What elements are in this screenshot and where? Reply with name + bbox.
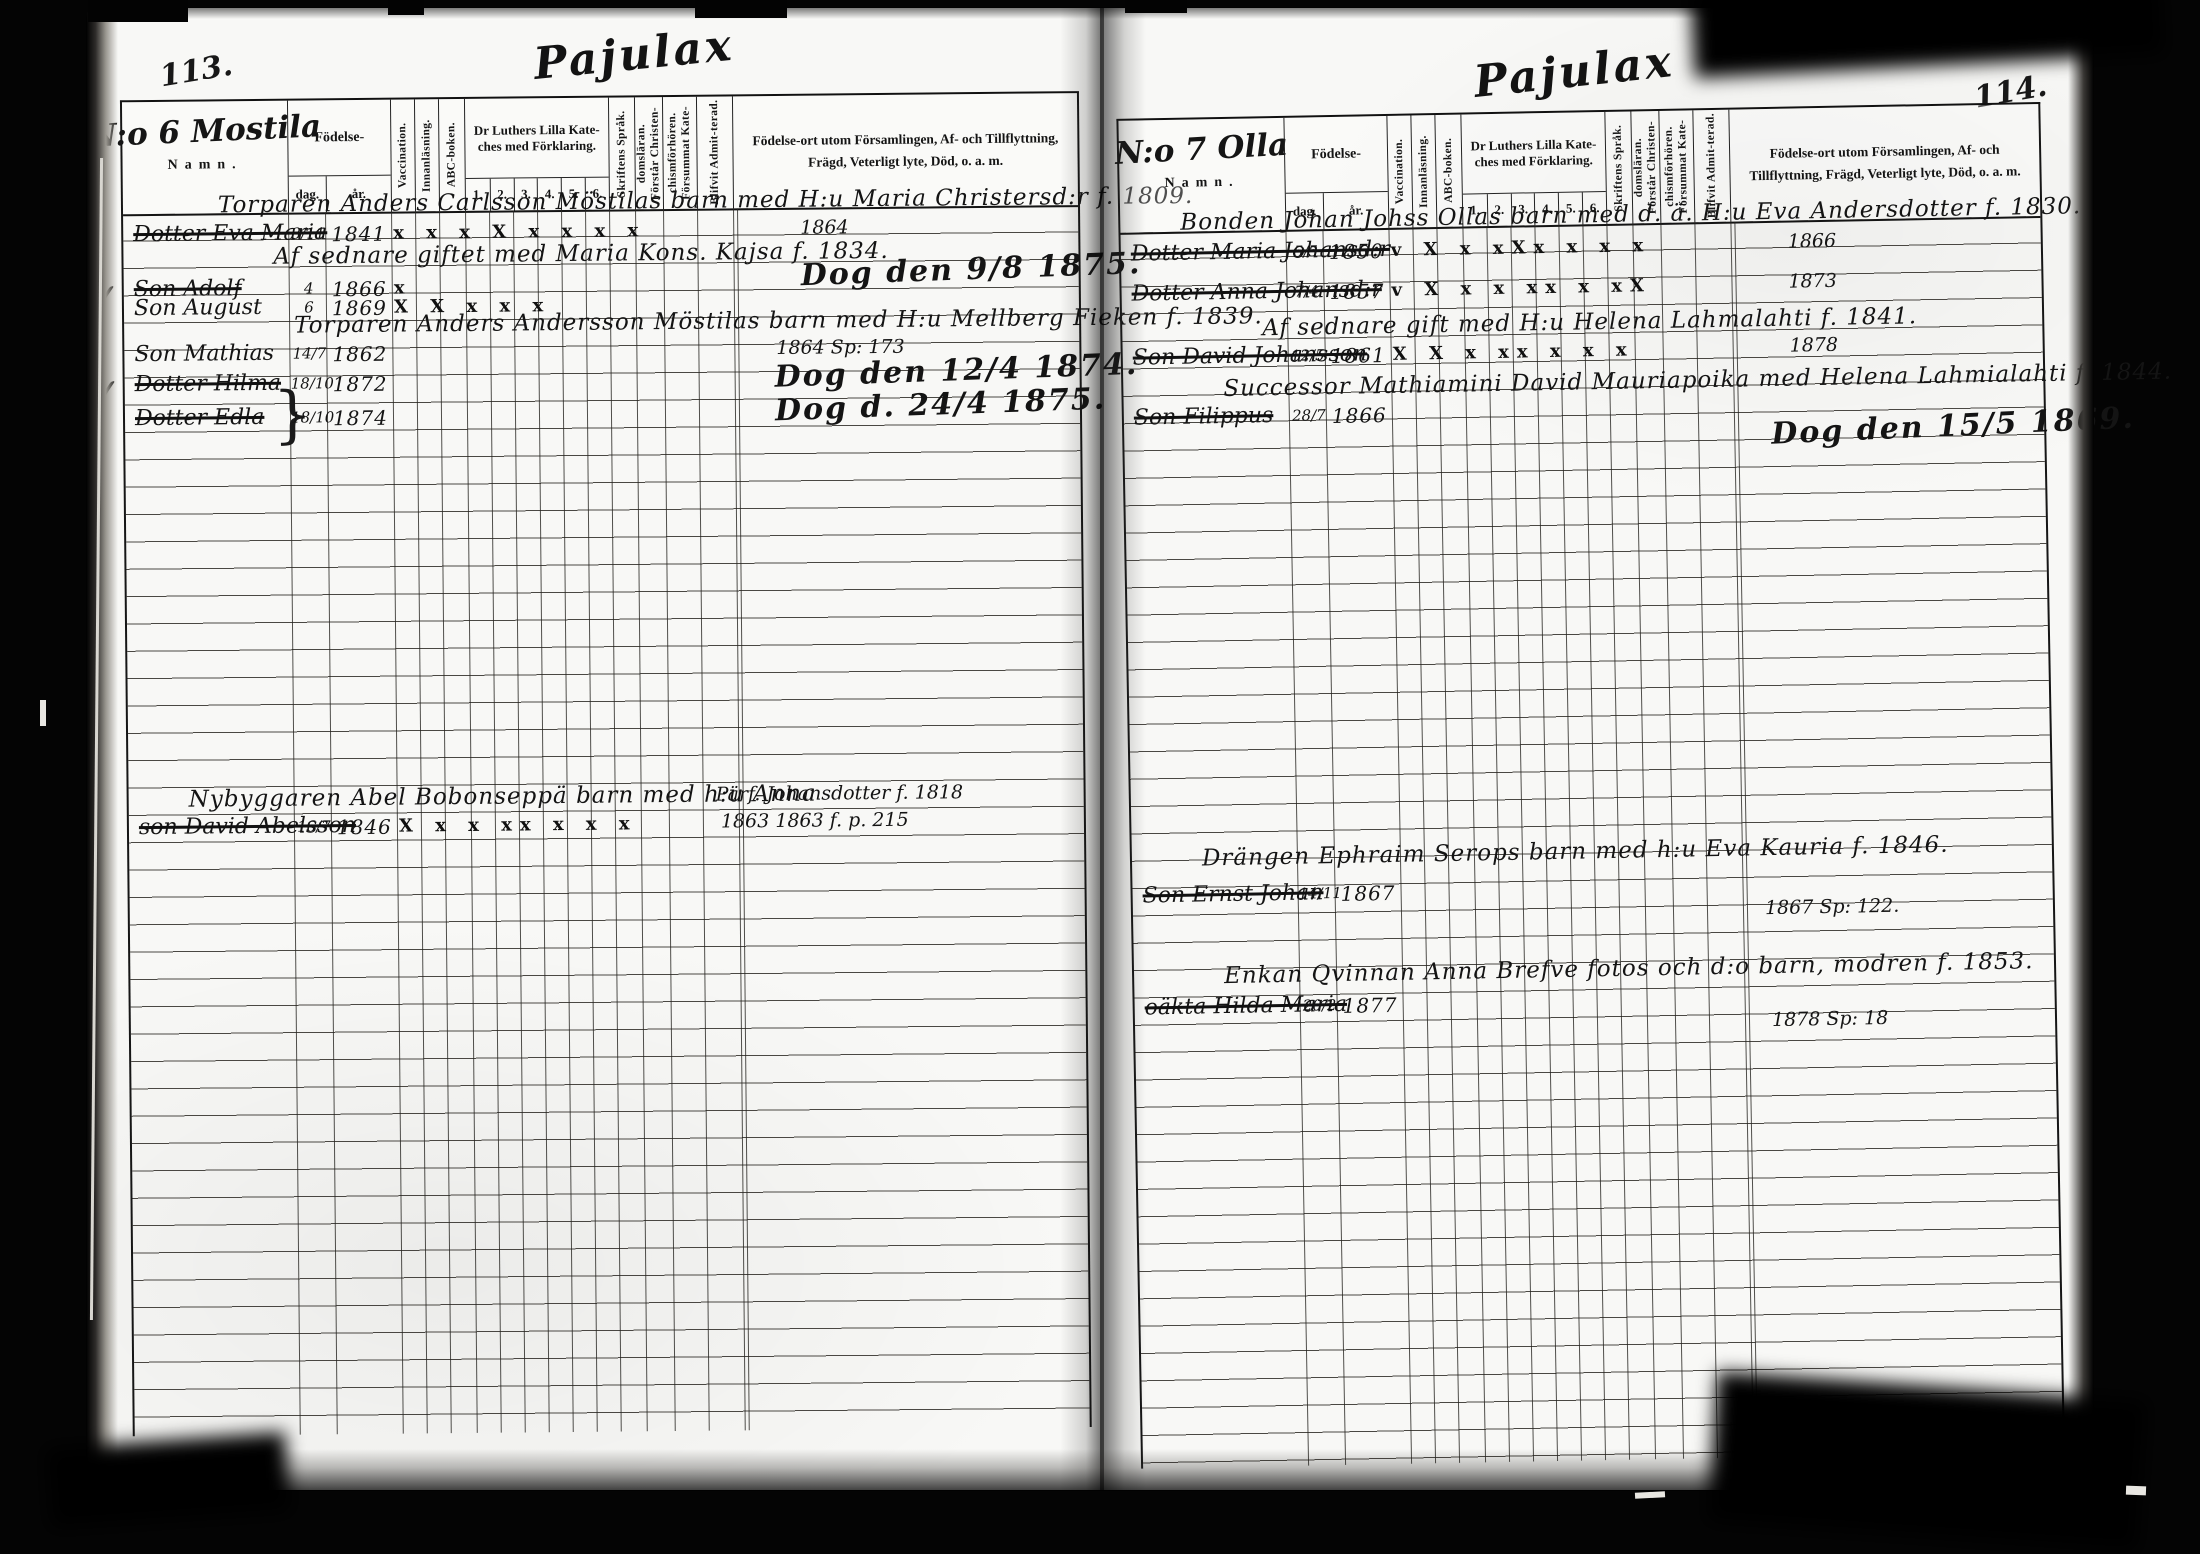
scan-artifact <box>695 0 787 18</box>
remarks-label: Födelse-ort utom Församlingen, Af- och T… <box>1730 138 2040 188</box>
page-right: 114. Pajulax N:o 7 Olla Namn. Födelse- d… <box>75 0 2106 1518</box>
entry-birth-day: 12/5 <box>1289 346 1327 365</box>
entry-birth-day: 5/5 <box>1287 242 1325 261</box>
book-spread: 113. Pajulax N:o 6 Mostila Namn. Födelse… <box>88 8 2092 1490</box>
katekes-group-label: Dr Luthers Lilla Kate-ches med Förklarin… <box>1461 112 1605 194</box>
entry-household-line: Drängen Ephraim Serops barn med h:u Eva … <box>1202 832 1949 872</box>
entry-birth-day: 28/7 <box>1290 406 1328 425</box>
register-table-right: N:o 7 Olla Namn. Födelse- dag. år. Vacci… <box>1116 102 2065 1469</box>
entry-name: Son Ernst Johan <box>1142 880 1323 908</box>
entry-birth-year: 1877 <box>1342 993 1397 1018</box>
entry-birth-day: 14/11 <box>1298 884 1336 903</box>
scan-speck <box>40 700 46 726</box>
table-body: Bonden Johan Johss Ollas barn med d. ä. … <box>1120 216 2062 1469</box>
household-number: N:o 7 Olla <box>1114 127 1289 172</box>
scan-artifact <box>388 0 424 15</box>
entry-birth-year: 1867 <box>1340 880 1395 905</box>
entry-remark: 1873 <box>1788 270 1837 293</box>
entry-check-marks: v X x x xx x xX <box>1391 275 1652 301</box>
book-scan: 113. Pajulax N:o 6 Mostila Namn. Födelse… <box>0 0 2200 1554</box>
entry-remark: Dog den 15/5 1869. <box>1771 400 2136 451</box>
entry-remark: 1878 Sp: 18 <box>1772 1007 1889 1031</box>
skriftens-label: Skriftens Språk. <box>1611 124 1626 211</box>
entry-birth-day: 20/2 <box>1300 996 1338 1015</box>
abc-boken-label: ABC-boken. <box>1442 138 1457 203</box>
entry-household-line: Enkan Qvinnan Anna Brefve fotos och d:o … <box>1224 948 2034 989</box>
scan-speck <box>1635 1491 1665 1499</box>
birth-group-label: Födelse- <box>1311 116 1362 192</box>
vaccination-label: Vaccination. <box>1393 139 1408 205</box>
page-title-right: Pajulax <box>1471 36 1676 108</box>
entry-birth-year: 1857 <box>1329 279 1384 304</box>
entry-birth-day: 7/4 <box>1287 282 1325 301</box>
scan-artifact <box>88 0 188 22</box>
namn-label: Namn. <box>1164 175 1239 192</box>
handwritten-entries: Bonden Johan Johss Ollas barn med d. ä. … <box>1120 216 2062 1469</box>
entry-birth-year: 1850 <box>1329 239 1384 264</box>
entry-check-marks: v X x xXx x x x <box>1391 235 1652 261</box>
entry-remark: 1878 <box>1789 334 1838 357</box>
entry-remark: 1867 Sp: 122. <box>1765 895 1900 919</box>
scan-artifact <box>1125 0 1187 13</box>
entry-name: Son Filippus <box>1134 403 1274 431</box>
innanlasning-label: Innanläsning. <box>1416 135 1431 208</box>
entry-birth-year: 1866 <box>1332 403 1387 428</box>
entry-check-marks: X X x xx x x x <box>1393 340 1635 365</box>
scan-speck <box>2126 1486 2146 1496</box>
entry-remark: 1866 <box>1788 230 1837 253</box>
entry-birth-year: 1861 <box>1331 343 1386 368</box>
